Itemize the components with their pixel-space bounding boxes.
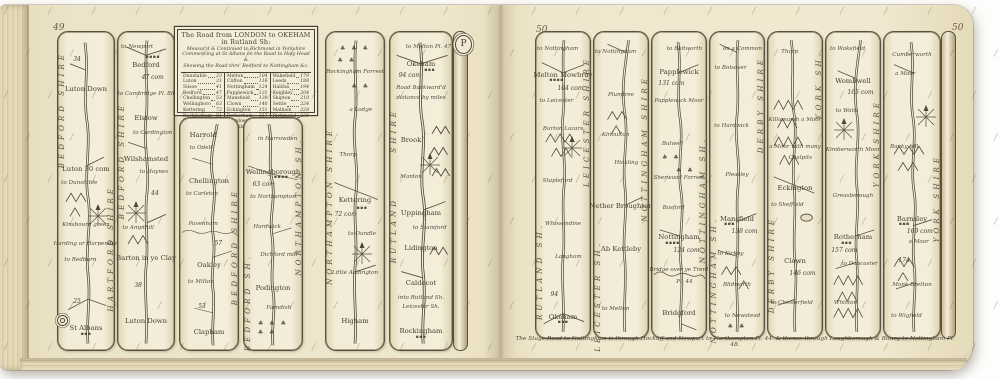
- road-strip-right-6: YORK SHIRE to Wakefield Wombwell 165 com…: [825, 31, 881, 339]
- road-line: [211, 124, 217, 345]
- town-label: Brook: [401, 137, 422, 144]
- town-label: Barton in ye Clay: [116, 255, 176, 262]
- mile-label: 94: [551, 292, 559, 298]
- town-label: Ab Kettleby: [601, 246, 641, 253]
- town-label: Higham: [341, 318, 368, 325]
- place-label: Monk Bretton: [892, 283, 931, 289]
- tree-glyphs: ♣ ♣: [662, 154, 681, 161]
- place-label: Kimberworth Moor: [826, 148, 880, 154]
- town-label: St Albans: [70, 325, 103, 332]
- mile-label: 44: [151, 191, 159, 197]
- road-line: [623, 40, 628, 332]
- place-label: Hardwick: [253, 225, 281, 231]
- mile-label: 138 com: [732, 229, 758, 235]
- map-subtitle: Commencing at St Albans on the Road to H…: [181, 52, 311, 64]
- map-subtitle: Shewing the Road thro' Bedford to Nottin…: [181, 64, 311, 70]
- strip-engraving: [390, 32, 452, 350]
- hill-range-glyph: [430, 126, 450, 254]
- road-strip-right-3: NOTTINGHAM SH. ♣ ♣ ♣ ♣ to Blidworth Papp…: [651, 31, 707, 339]
- scroll-roll-edge: [453, 31, 468, 351]
- mile-label: 47 com: [142, 75, 164, 81]
- town-blocks-glyph: ▪▪▪: [357, 207, 368, 212]
- town-label: Harrold: [190, 132, 217, 139]
- town-label: Nether Broughton: [589, 203, 652, 210]
- town-blocks-glyph: ▪▪▪: [558, 321, 569, 326]
- place-label: a Lodge: [349, 108, 372, 114]
- watermark-dash: /: [993, 216, 998, 227]
- shire-label: BEDFORD SHIRE: [57, 51, 66, 168]
- place-label: in Harrowden: [258, 137, 297, 143]
- place-label: Road Backward'd: [396, 86, 446, 92]
- right-page: 50 50 RUTLAND SH. LEICESTER SHIRE to Not…: [500, 5, 973, 358]
- town-label: Oakley: [197, 262, 221, 269]
- town-label: Wilshamsted: [124, 156, 168, 163]
- tree-glyphs: ♣ ♣: [338, 57, 357, 64]
- place-label: to Doncaster: [841, 262, 877, 268]
- place-label: on a Common: [723, 47, 762, 53]
- shire-label: DERBY SHIRE: [756, 56, 765, 153]
- road-strip-left-1: BEDFORD SHIRE HARTFORD SHIRE 34 Luton Do…: [57, 31, 115, 351]
- left-page: 49 BEDFORD SHIRE HARTFORD SHIRE 34 Luton…: [29, 5, 500, 358]
- place-label: to Milton: [188, 280, 214, 286]
- plate-letter-medallion: P: [455, 35, 472, 54]
- mile-label: 146 com: [790, 271, 816, 277]
- shire-label: NOTTINGHAM SH.: [698, 136, 707, 263]
- mile-label: 169 com: [907, 229, 933, 235]
- place-label: Whissendine: [545, 222, 581, 228]
- shire-label: YORK SHIRE: [872, 99, 881, 187]
- shire-label: SHIRE: [389, 108, 398, 153]
- shire-label: NOTTINGHAM SHIRE: [640, 75, 649, 222]
- mile-label: 94 com: [399, 73, 421, 79]
- shire-label: NORTHAMPTON SHIRE: [325, 127, 334, 285]
- road-strip-left-4: BEDFORD SH. NORTHAMPTON SH. in Harrowden…: [243, 117, 303, 351]
- place-label: Pavenham: [189, 222, 218, 228]
- place-label: to Newport: [121, 45, 153, 51]
- place-label: Thorp: [340, 153, 357, 159]
- place-label: Sherwood Forrest: [653, 176, 704, 182]
- mile-label: 174: [898, 258, 909, 264]
- place-label: to Carleton: [186, 192, 218, 198]
- town-blocks-glyph: ▪▪▪: [81, 333, 92, 338]
- strip-engraving: [326, 32, 384, 350]
- shire-label: NOTTINGHAM SH.: [709, 216, 718, 343]
- place-label: Greasborough: [833, 194, 873, 200]
- town-label: Luton 30 com: [62, 166, 109, 173]
- watermark-dash: /: [993, 132, 998, 143]
- place-label: Pl. 44: [676, 280, 692, 286]
- shire-label: RUTLAND: [389, 197, 398, 263]
- shire-label: DERBY SHIRE: [767, 216, 776, 313]
- town-label: Caldecot: [406, 280, 436, 287]
- place-label: to Sheffield: [771, 203, 804, 209]
- compass-rose-icon: [832, 118, 856, 142]
- road-line: [269, 124, 274, 345]
- road-strip-left-5: NORTHAMPTON SHIRE ♣ ♣ ♣ ♣ ♣ ♣ ♣ Rockingh…: [325, 31, 385, 351]
- road-strip-left-6: SHIRE RUTLAND to Melton Pl. 47 Okeham ▪▪…: [389, 31, 453, 351]
- watermark-dash: /: [993, 300, 998, 311]
- book-page-edges-bottom: [20, 358, 967, 370]
- tree-glyphs: ♣ ♣ ♣: [258, 320, 288, 327]
- place-label: to Wath: [836, 109, 858, 115]
- tree-glyphs: ♣ ♣: [728, 323, 747, 330]
- mile-label: 57: [214, 241, 222, 247]
- place-label: to Odell: [190, 146, 212, 152]
- town-blocks-glyph: ▪▪▪▪: [274, 176, 288, 181]
- place-label: a Moor with many: [769, 145, 821, 151]
- place-label: to Ampthill: [122, 226, 154, 232]
- place-label: to Northampton: [250, 195, 296, 201]
- place-label: Leicester Sh.: [402, 305, 439, 311]
- town-label: Clapham: [194, 329, 225, 336]
- shire-label: RUTLAND SH.: [535, 222, 544, 320]
- town-label: Uppingham: [401, 210, 441, 217]
- place-label: Killamarsh a Moor: [769, 118, 822, 124]
- place-label: to Melton: [602, 307, 629, 313]
- place-label: Banky hill: [890, 145, 918, 151]
- place-label: Manton: [400, 175, 422, 181]
- place-label: a Moor: [895, 72, 915, 78]
- place-label: Harding or Harpenden: [54, 242, 119, 248]
- book-page-edges-left: [0, 5, 29, 370]
- road-line: [145, 40, 148, 343]
- place-label: Papplewick Moor: [654, 99, 703, 105]
- hill-range-glyph: [128, 236, 148, 244]
- place-label: Kinoulton: [602, 133, 630, 139]
- place-label: a Moor: [909, 240, 929, 246]
- place-label: into Rutland Sh.: [398, 296, 444, 302]
- place-label: Langham: [555, 255, 581, 261]
- atlas-book: 49 BEDFORD SHIRE HARTFORD SHIRE 34 Luton…: [0, 5, 973, 370]
- road-strip-right-4: NOTTINGHAM SH. DERBY SHIRE ♣ ♣ on a Comm…: [709, 31, 765, 339]
- place-label: to Redburn: [64, 258, 96, 264]
- page-number-right-corner: 50: [952, 23, 963, 33]
- road-strip-right-2: LEICESTER SH. NOTTINGHAM SHIRE to Nottin…: [593, 31, 649, 339]
- place-label: to Oundle: [348, 232, 376, 238]
- pond-glyph: [801, 214, 813, 221]
- place-label: to Wigfield: [891, 314, 922, 320]
- shire-label: YORK SH.: [814, 50, 823, 119]
- town-label: Elstow: [134, 115, 157, 122]
- place-label: Bulwell: [662, 142, 683, 148]
- town-blocks-glyph: ▪▪▪▪: [665, 242, 679, 247]
- map-title: The Road from LONDON to OKEHAM in Rutlan…: [181, 32, 311, 47]
- place-label: Blidworth: [723, 283, 751, 289]
- place-label: Little Addington: [332, 271, 378, 277]
- place-label: Basford: [663, 206, 685, 212]
- bottom-caption: The Stage Road to Nottingham is through …: [512, 336, 958, 348]
- place-label: to Dunstable: [61, 181, 97, 187]
- place-label: to Kirkby: [717, 252, 743, 258]
- mile-label: 53: [198, 304, 206, 310]
- place-label: to Leicester: [540, 99, 574, 105]
- place-label: to Newstead: [725, 314, 761, 320]
- river-line: [182, 230, 237, 235]
- road-strip-left-2: BEDFORD SHIRE to Newport Bedford ▪▪▪▪ 47…: [117, 31, 175, 351]
- mile-label: 124 com: [674, 248, 700, 254]
- town-blocks-glyph: ▪▪▪: [424, 69, 435, 74]
- town-label: Podington: [256, 285, 291, 292]
- town-blocks-glyph: ▪▪▪▪: [549, 79, 563, 84]
- mile-label: 25: [73, 299, 81, 305]
- place-label: Rockingham Forrest: [326, 70, 384, 76]
- watermark-dash: /: [993, 48, 998, 59]
- place-label: Stapleford: [543, 179, 573, 185]
- town-label: Chellington: [189, 178, 229, 185]
- town-blocks-glyph: ▪▪▪: [841, 242, 852, 247]
- mile-label: 34: [73, 57, 81, 63]
- place-label: Plumtree: [608, 93, 634, 99]
- shire-label: YORK SHIRE: [932, 154, 941, 242]
- compass-rose-icon: [124, 201, 148, 225]
- tree-glyphs: ♣ ♣: [351, 83, 370, 90]
- place-label: to Chesterfield: [771, 301, 813, 307]
- place-label: Burton Lazars: [543, 127, 583, 133]
- tree-glyphs: ♣ ♣: [258, 329, 277, 336]
- place-label: Bridge over ye Trent: [650, 268, 709, 274]
- place-label: Farndish: [266, 306, 291, 312]
- place-label: Dichford mill: [260, 253, 297, 259]
- road-strip-right-7: YORK SHIRE Cumberworth a Moor Banky hill…: [883, 31, 941, 339]
- town-label: Bedford: [132, 62, 160, 69]
- place-label: to Stamford: [413, 226, 447, 232]
- hill-range-glyph: [66, 193, 86, 216]
- scroll-spiral-end: [55, 313, 70, 328]
- town-label: Rotherham: [834, 234, 872, 241]
- place-label: to Cambridge Pl. 88: [118, 92, 175, 98]
- place-label: to Nottingham: [595, 50, 636, 56]
- compass-rose-icon: [914, 105, 938, 129]
- mile-label: 104 com: [558, 86, 584, 92]
- mile-label: 165 com: [848, 90, 874, 96]
- mile-label: 72 com: [335, 212, 357, 218]
- shire-label: BEDFORD SH.: [243, 253, 252, 351]
- town-blocks-glyph: ▪▪▪: [416, 336, 427, 341]
- place-label: distance by miles: [396, 96, 445, 102]
- town-label: Kettering: [339, 197, 372, 204]
- mile-label: 63 com: [253, 182, 275, 188]
- scroll-roll-edge: [941, 31, 956, 339]
- town-label: Okeham: [407, 61, 436, 68]
- town-blocks-glyph: ▪▪▪: [899, 223, 910, 228]
- town-blocks-glyph: ▪▪▪▪: [145, 56, 159, 61]
- town-label: Luton Down: [125, 318, 167, 325]
- place-label: to Haynes: [140, 170, 169, 176]
- tree-glyphs: ♣ ♣: [676, 167, 695, 174]
- place-label: to Cardington: [133, 131, 172, 137]
- mile-label: 157 com: [831, 248, 857, 254]
- place-label: Coalpits: [789, 156, 812, 162]
- town-blocks-glyph: ▪▪▪: [724, 223, 735, 228]
- town-label: Lidington: [404, 245, 437, 252]
- place-label: Hickling: [614, 161, 638, 167]
- place-label: Whiston: [834, 301, 857, 307]
- town-label: Papplewick: [659, 69, 698, 76]
- place-label: Pleasley: [725, 173, 748, 179]
- town-label: Eckington: [778, 185, 813, 192]
- scanned-atlas-photo: 49 BEDFORD SHIRE HARTFORD SHIRE 34 Luton…: [0, 0, 1000, 379]
- hill-range-glyph: [608, 112, 627, 134]
- tree-glyphs: ♣ ♣ ♣: [340, 45, 370, 52]
- place-label: to Melton Pl. 47: [406, 45, 451, 51]
- place-label: Kinsbourn green: [62, 223, 110, 229]
- shire-label: BEDFORD SHIRE: [230, 188, 239, 305]
- mile-label: 131 com: [658, 81, 684, 87]
- place-label: to Wakefield: [830, 47, 865, 53]
- road-strip-right-5: DERBY SHIRE YORK SH. Thorp Killamarsh a …: [767, 31, 823, 339]
- place-label: to Hardwick: [714, 124, 749, 130]
- place-label: to Bolsover: [714, 66, 746, 72]
- town-label: Wombwell: [835, 78, 871, 85]
- road-strip-left-3: BEDFORD SHIRE Harrold to Odell Chellingt…: [179, 117, 239, 351]
- place-label: Thorp: [781, 50, 798, 56]
- watermark-dash: /: [971, 6, 976, 17]
- town-label: Luton Down: [65, 86, 107, 93]
- place-label: Cumberworth: [892, 53, 931, 59]
- mile-label: 38: [134, 283, 142, 289]
- compass-rose-icon: [560, 136, 584, 160]
- town-label: Clown: [784, 258, 806, 265]
- town-label: Rockingham: [400, 328, 443, 335]
- place-label: to Blidworth: [667, 47, 702, 53]
- compass-rose-icon: [350, 242, 374, 266]
- title-cartouche: The Road from LONDON to OKEHAM in Rutlan…: [177, 29, 315, 113]
- road-strip-right-1: RUTLAND SH. LEICESTER SHIRE to Nottingha…: [535, 31, 591, 339]
- town-label: Bridgford: [662, 310, 695, 317]
- place-label: to Nottingham: [537, 47, 578, 53]
